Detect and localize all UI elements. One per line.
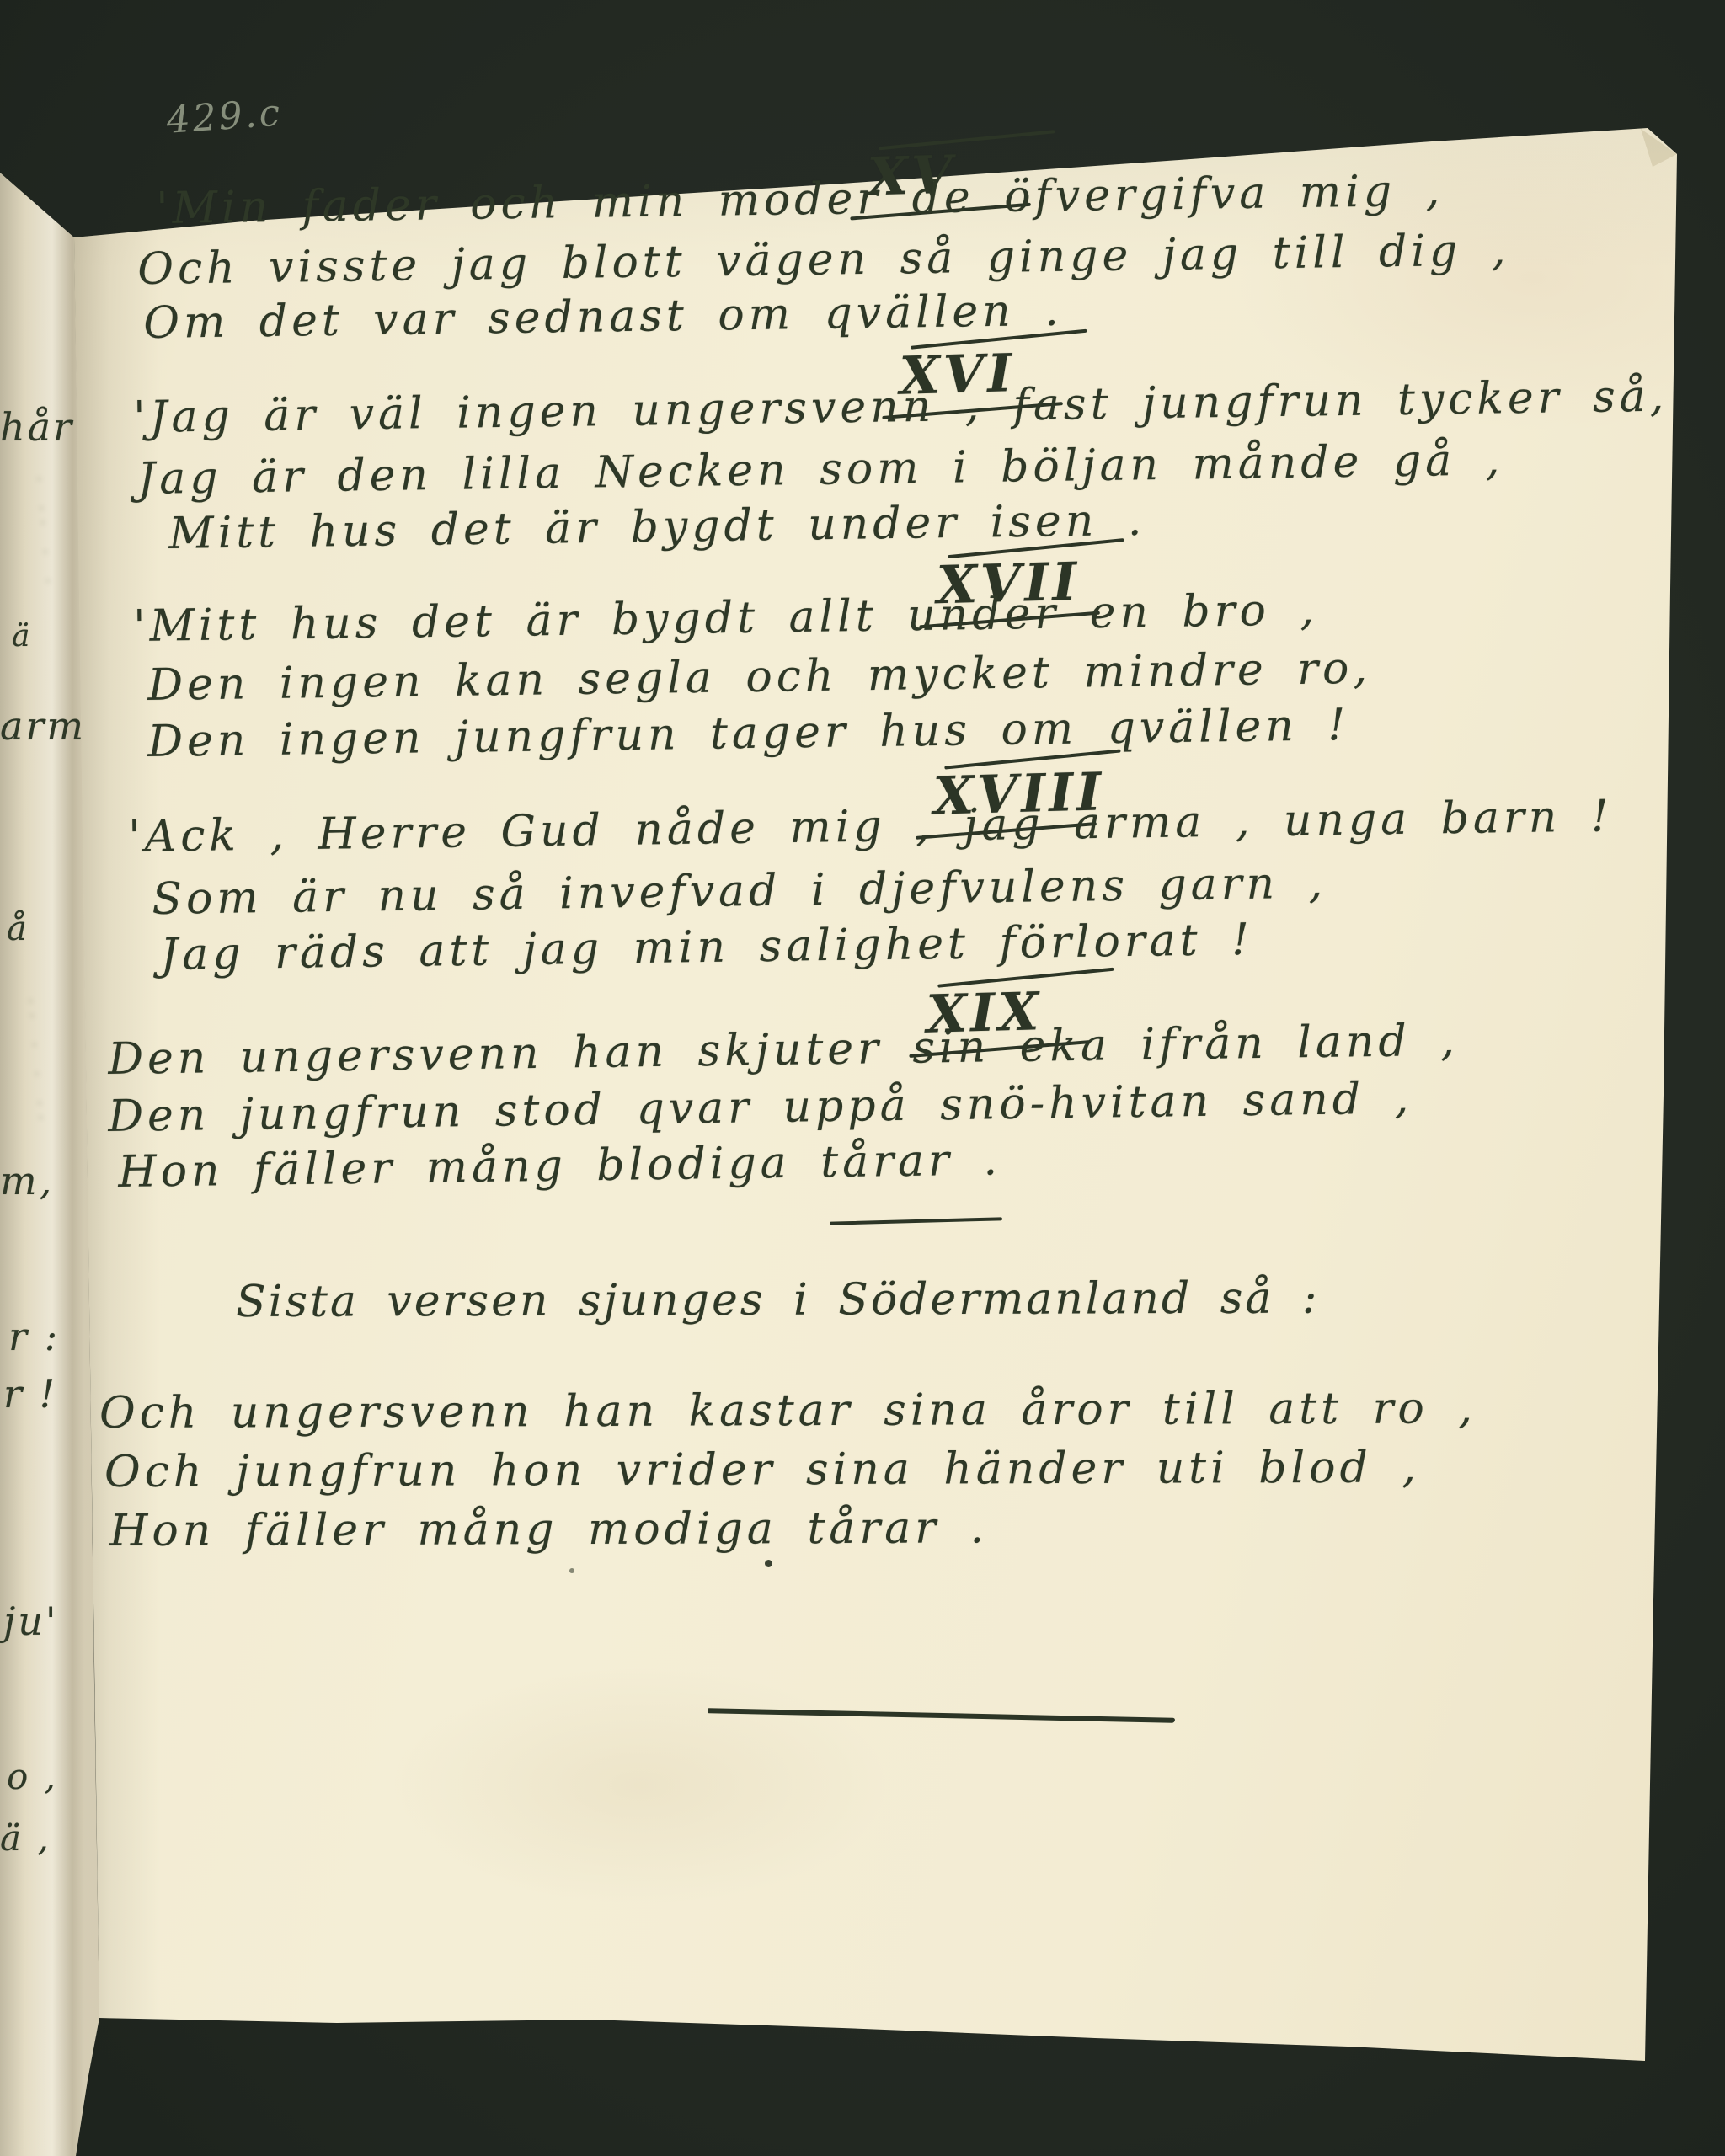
verse-line: Hon fäller mång blodiga tårar . <box>118 1138 1001 1194</box>
margin-fragment: r : <box>8 1314 60 1359</box>
margin-fragment: ä <box>12 619 32 654</box>
margin-fragment: r ! <box>3 1371 57 1417</box>
verse-line: Om det var sednast om qvällen . <box>143 289 1063 345</box>
note-line: Sista versen sjunges i Södermanland så : <box>236 1277 1320 1324</box>
margin-fragment: m, <box>0 1158 54 1203</box>
margin-fragment: å <box>7 910 29 948</box>
margin-fragment: ä , <box>0 1817 51 1859</box>
verse-line: Mitt hus det är bygdt under isen . <box>168 499 1146 556</box>
photograph-of-manuscript: hår : ä arm', å m, r : r ! ju' o , ä , 4… <box>0 0 1725 2156</box>
verse-line: Och jungfrun hon vrider sina händer uti … <box>104 1446 1420 1494</box>
ink-dot <box>765 1560 772 1567</box>
ink-dot <box>569 1568 574 1573</box>
verse-line: Hon fäller mång modiga tårar . <box>109 1506 988 1553</box>
verse-line: Och ungersvenn han kastar sina åror till… <box>99 1386 1477 1435</box>
catalog-number: 429.c <box>165 91 284 141</box>
margin-fragment: ju' <box>3 1598 59 1644</box>
margin-fragment: o , <box>7 1756 58 1797</box>
heading-rule <box>879 130 1055 150</box>
